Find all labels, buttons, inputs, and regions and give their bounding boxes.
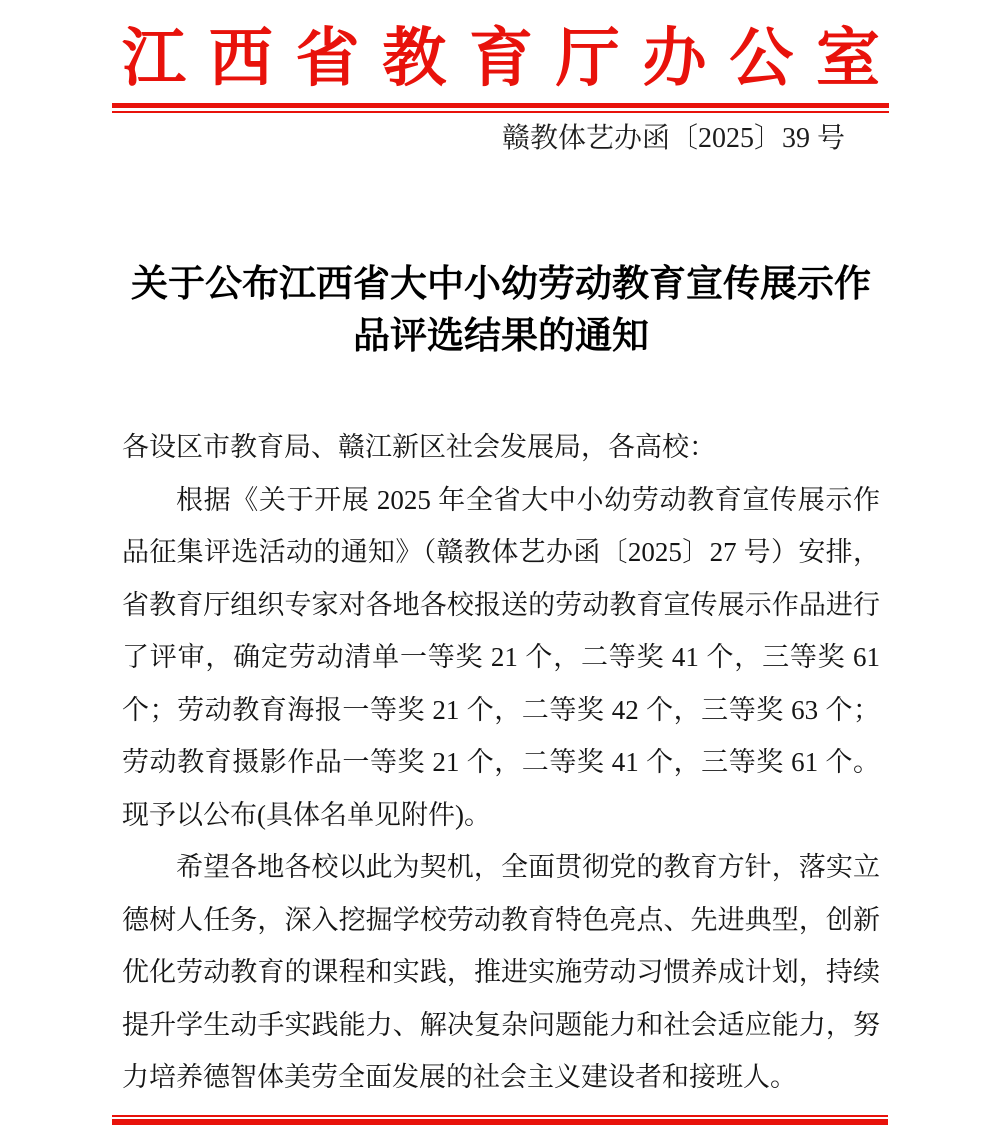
agency-title: 江西省教育厅办公室 [122, 22, 880, 96]
document-number: 赣教体艺办函〔2025〕39 号 [122, 119, 880, 160]
document-body: 各设区市教育局、赣江新区社会发展局，各高校： 根据《关于开展 2025 年全省大… [122, 421, 880, 1104]
letterhead-divider [112, 103, 889, 113]
body-paragraph-results: 根据《关于开展 2025 年全省大中小幼劳动教育宣传展示作品征集评选活动的通知》… [122, 474, 880, 842]
document-letterhead: 江西省教育厅办公室 赣教体艺办函〔2025〕39 号 [122, 22, 880, 159]
official-document-page: 江西省教育厅办公室 赣教体艺办函〔2025〕39 号 关于公布江西省大中小幼劳动… [0, 0, 1000, 1131]
footer-divider [112, 1115, 888, 1125]
body-paragraph-expectations: 希望各地各校以此为契机，全面贯彻党的教育方针，落实立德树人任务，深入挖掘学校劳动… [122, 841, 880, 1104]
salutation-line: 各设区市教育局、赣江新区社会发展局，各高校： [122, 421, 880, 474]
document-title: 关于公布江西省大中小幼劳动教育宣传展示作品评选结果的通知 [127, 259, 875, 363]
